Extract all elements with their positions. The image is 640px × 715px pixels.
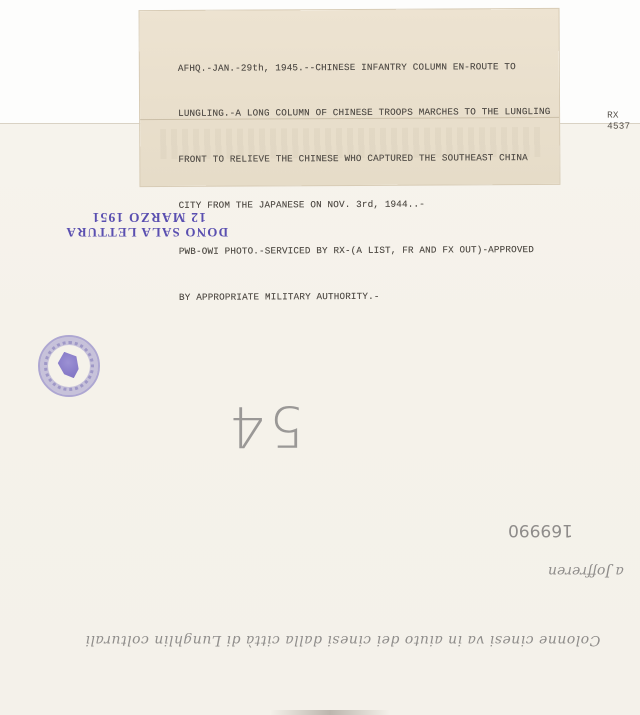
library-stamp: DONO SALA LETTURA 12 MARZO 1951 <box>58 210 228 240</box>
stamp-line-1: DONO SALA LETTURA <box>58 225 228 240</box>
caption-slip: AFHQ.-JAN.-29th, 1945.--CHINESE INFANTRY… <box>140 9 560 186</box>
pencil-inventory-number: 169990 <box>508 520 573 540</box>
caption-text: AFHQ.-JAN.-29th, 1945.--CHINESE INFANTRY… <box>178 28 560 336</box>
pencil-number: 54 <box>225 393 304 458</box>
photo-reference-number: RX 4537 <box>607 110 630 132</box>
caption-line: LUNGLING.-A LONG COLUMN OF CHINESE TROOP… <box>178 104 558 121</box>
stamp-line-2: 12 MARZO 1951 <box>58 210 228 225</box>
caption-line: PWB-OWI PHOTO.-SERVICED BY RX-(A LIST, F… <box>179 242 559 259</box>
caption-line: FRONT TO RELIEVE THE CHINESE WHO CAPTURE… <box>178 150 558 167</box>
paper-edge-shadow <box>270 710 390 715</box>
pencil-note-long: Colonne cinesi va in aiuto dei cinesi da… <box>85 632 600 648</box>
archive-seal <box>38 335 100 397</box>
pencil-note-short: a Joffreren <box>548 563 624 579</box>
caption-line: CITY FROM THE JAPANESE ON NOV. 3rd, 1944… <box>179 196 559 213</box>
caption-line: BY APPROPRIATE MILITARY AUTHORITY.- <box>179 288 559 305</box>
caption-line: AFHQ.-JAN.-29th, 1945.--CHINESE INFANTRY… <box>178 59 558 76</box>
